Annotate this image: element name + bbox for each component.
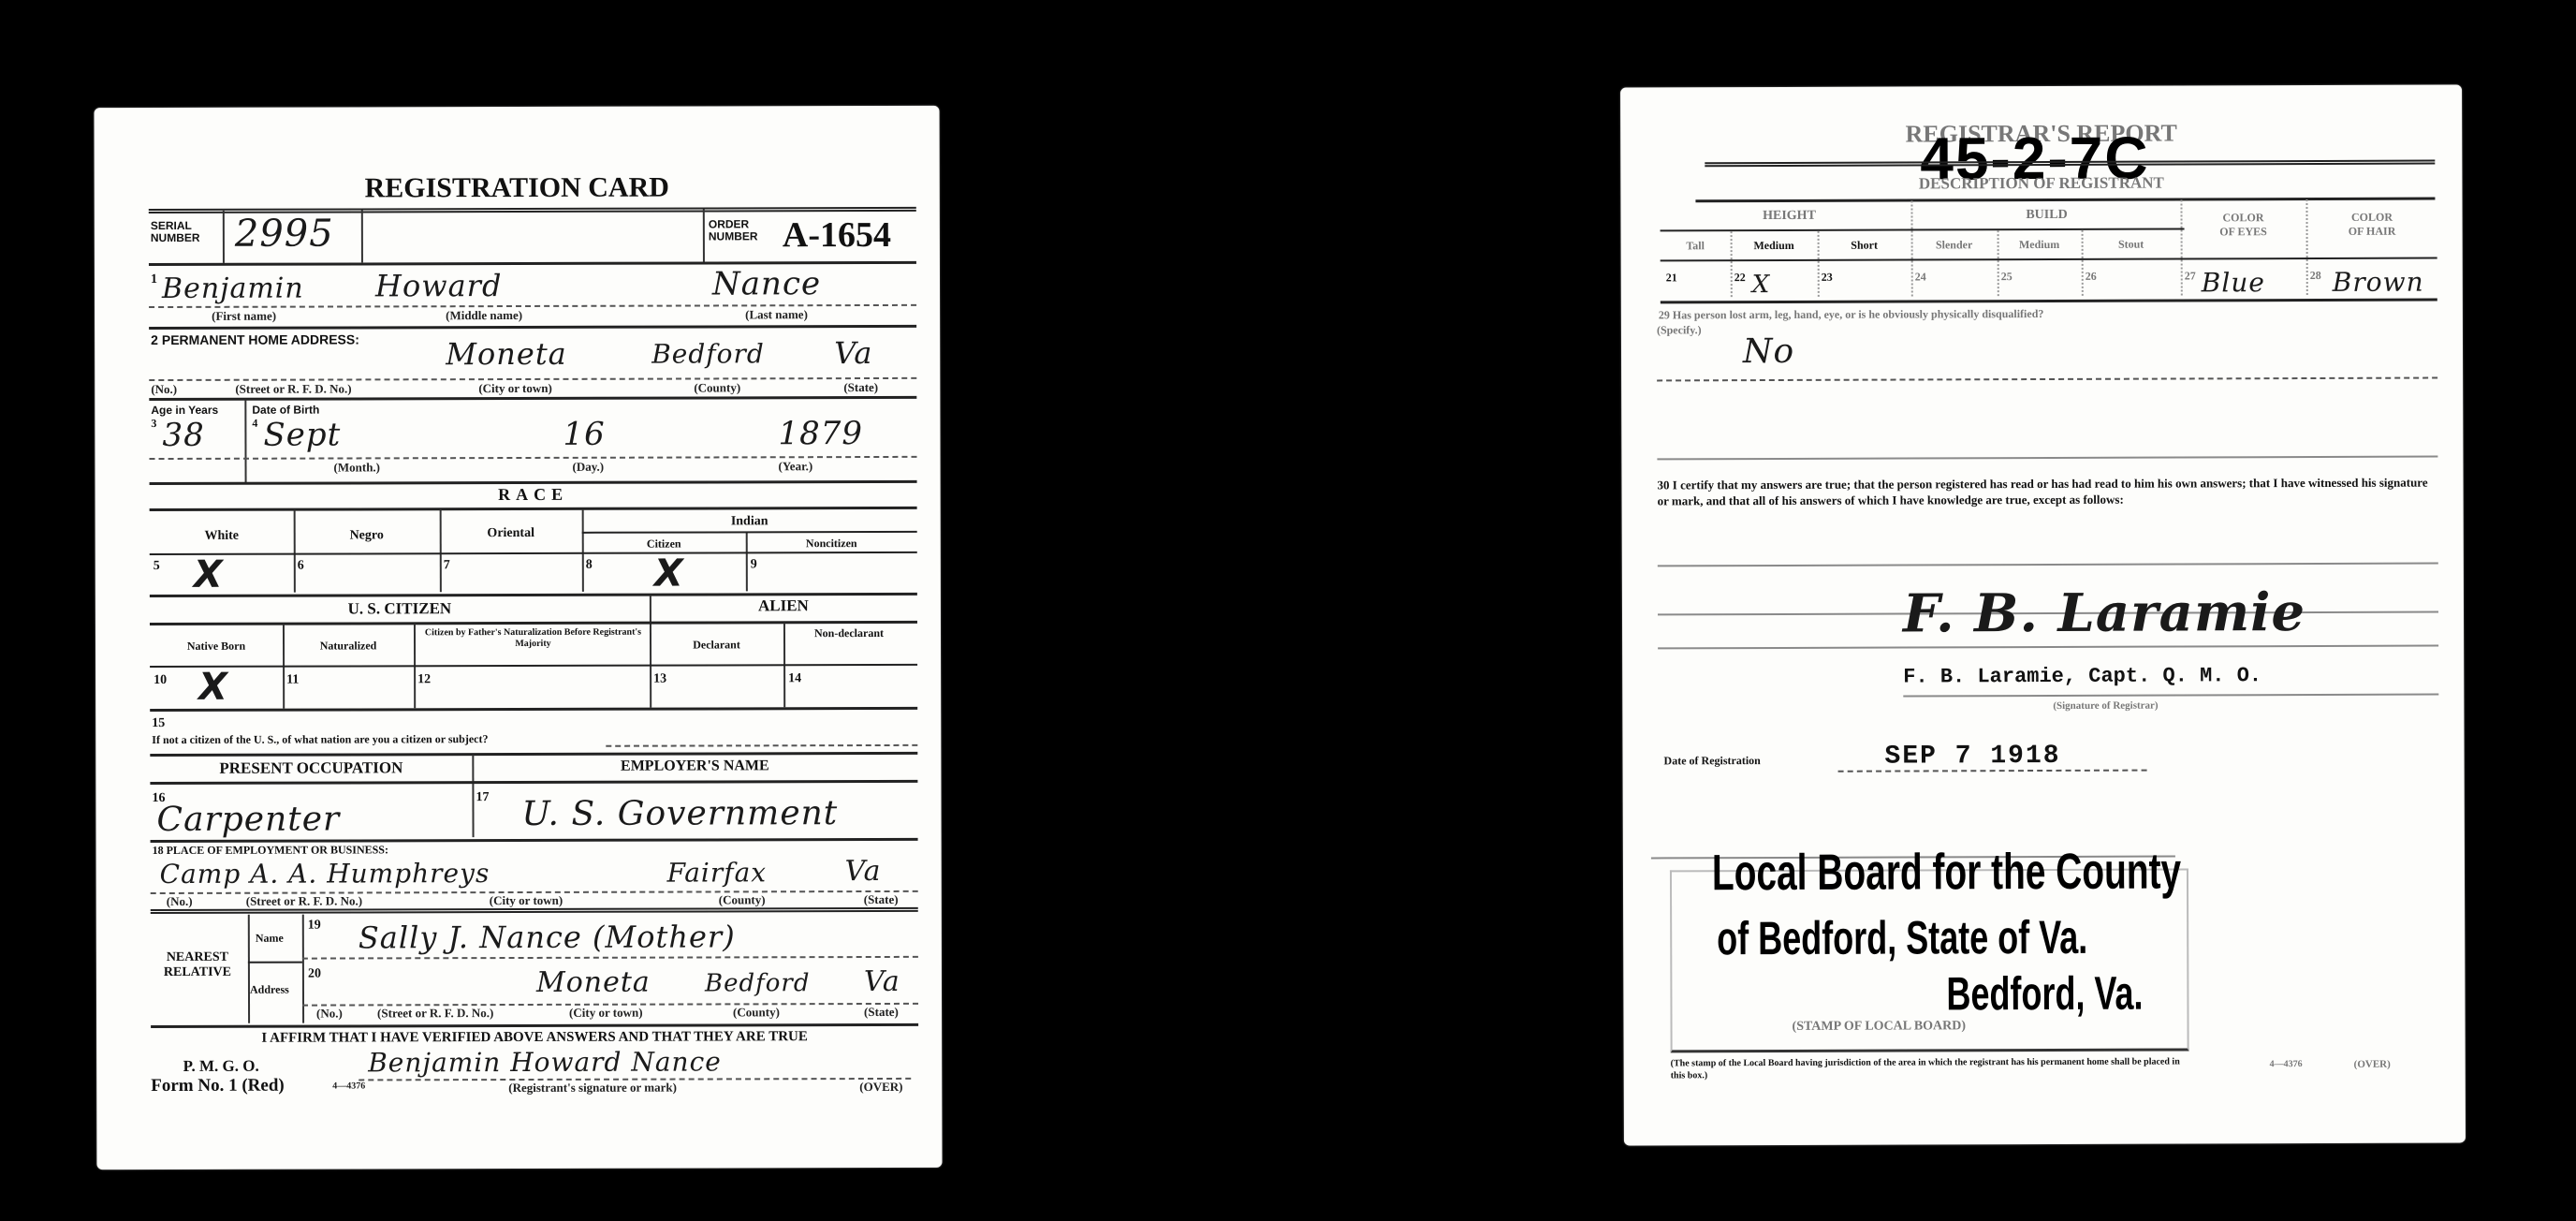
race-indian-noncitizen-label: Noncitizen: [746, 537, 917, 551]
registrar-signature: F. B. Laramie: [1903, 581, 2305, 645]
rule: [149, 325, 916, 330]
relative-state: Va: [864, 965, 900, 998]
relative-city-label: (City or town): [569, 1006, 643, 1021]
field-number: 28: [2310, 269, 2321, 283]
occupation-header: PRESENT OCCUPATION: [150, 758, 472, 778]
last-name-label: (Last name): [745, 307, 808, 322]
build-stout-label: Stout: [2082, 237, 2181, 251]
divider: [440, 509, 442, 592]
signature-label: (Registrant's signature or mark): [508, 1081, 677, 1096]
field-number: 25: [2001, 270, 2012, 284]
rule: [606, 744, 917, 747]
address-street-label: (Street or R. F. D. No.): [235, 381, 351, 396]
print-code: 4—4376: [332, 1081, 365, 1091]
place-no-label: (No.): [167, 894, 193, 909]
serial-label: SERIAL NUMBER: [151, 220, 200, 244]
form-agency: P. M. G. O.: [151, 1057, 291, 1076]
declarant-label: Declarant: [650, 638, 783, 652]
registration-date-label: Date of Registration: [1664, 754, 1761, 768]
occupation-value: Carpenter: [156, 800, 340, 839]
place-of-employment-label: 18 PLACE OF EMPLOYMENT OR BUSINESS:: [153, 843, 388, 858]
rule: [1903, 694, 2438, 698]
place-state: Va: [845, 855, 882, 888]
registration-date: SEP 7 1918: [1884, 742, 2060, 772]
field-number: 15: [152, 716, 165, 731]
divider: [361, 210, 363, 262]
first-name: Benjamin: [162, 272, 304, 305]
rule: [150, 752, 917, 757]
q29-answer: No: [1743, 332, 1794, 371]
board-stamp-line1: Local Board for the County: [1712, 842, 2181, 902]
race-indian-citizen-label: Citizen: [582, 537, 746, 551]
registrant-signature: Benjamin Howard Nance: [368, 1046, 722, 1078]
divider: [2305, 199, 2307, 295]
rule: [150, 780, 917, 785]
eyes-title-line1: COLOR: [2182, 211, 2304, 225]
field-number: 27: [2185, 269, 2196, 283]
order-label-line2: NUMBER: [709, 230, 758, 243]
age-value: 38: [162, 417, 204, 454]
dob-label: Date of Birth: [252, 404, 319, 417]
race-negro-label: Negro: [294, 528, 440, 543]
hair-title-line1: COLOR: [2308, 211, 2435, 225]
field-number: 22: [1734, 271, 1746, 285]
rule: [150, 621, 917, 625]
home-address-label: 2 PERMANENT HOME ADDRESS:: [151, 331, 359, 347]
rule: [150, 507, 917, 511]
dob-day-label: (Day.): [573, 460, 605, 475]
address-no-label: (No.): [151, 382, 177, 397]
place-street-label: (Street or R. F. D. No.): [246, 893, 362, 908]
rule: [1657, 377, 2437, 382]
rule: [150, 552, 917, 555]
place-street: Camp A. A. Humphreys: [160, 858, 490, 890]
address-city-label: (City or town): [478, 381, 552, 396]
field-number: 5: [154, 559, 160, 574]
rule: [151, 907, 918, 914]
race-indian-citizen-mark: X: [654, 552, 684, 596]
race-oriental-label: Oriental: [440, 526, 582, 541]
q29-specify: (Specify.): [1657, 323, 1702, 337]
age-label: Age in Years: [151, 404, 218, 417]
divider: [302, 915, 304, 1023]
place-state-label: (State): [864, 892, 899, 907]
field-number: 7: [444, 558, 450, 573]
registration-card-front: REGISTRATION CARD SERIAL NUMBER 2995 ORD…: [95, 106, 943, 1170]
eyes-title-line2: OF EYES: [2183, 225, 2305, 239]
place-city-label: (City or town): [490, 893, 563, 908]
eye-color-value: Blue: [2202, 267, 2265, 298]
relative-state-label: (State): [864, 1005, 899, 1020]
rule: [150, 707, 917, 712]
home-county: Bedford: [651, 338, 765, 369]
dob-month: Sept: [263, 416, 341, 453]
relative-county: Bedford: [705, 969, 811, 997]
dob-day: 16: [563, 416, 605, 453]
relative-no-label: (No.): [316, 1006, 343, 1021]
divider: [703, 209, 705, 261]
field-number: 6: [298, 559, 304, 574]
relative-address-label: Address: [250, 983, 289, 997]
over-label: (OVER): [859, 1080, 902, 1095]
serial-number: 2995: [235, 213, 334, 256]
non-declarant-label: Non-declarant: [793, 626, 905, 640]
description-subtitle: DESCRIPTION OF REGISTRANT: [1620, 172, 2462, 194]
rule: [582, 531, 917, 534]
registrar-typed-name: F. B. Laramie, Capt. Q. M. O.: [1903, 664, 2261, 688]
divider: [244, 400, 246, 484]
form-number: Form No. 1 (Red): [151, 1076, 285, 1096]
field-number: 20: [308, 967, 321, 982]
hair-title-line2: OF HAIR: [2309, 225, 2436, 239]
field-number: 13: [653, 672, 666, 687]
field-number: 23: [1822, 271, 1833, 285]
divider: [2180, 199, 2182, 295]
serial-label-line2: NUMBER: [151, 232, 200, 244]
registration-card-back: REGISTRAR'S REPORT 45-2-7C DESCRIPTION O…: [1620, 84, 2466, 1145]
height-title: HEIGHT: [1667, 208, 1910, 224]
rule: [1658, 563, 2438, 567]
order-number: A-1654: [783, 214, 891, 256]
rule: [1661, 257, 2437, 262]
rule: [1695, 198, 2435, 203]
relative-name-label: Name: [256, 932, 284, 946]
relative-county-label: (County): [733, 1005, 780, 1020]
field-number: 11: [286, 673, 299, 688]
q15-text: If not a citizen of the U. S., of what n…: [152, 732, 488, 747]
field-number: 19: [308, 919, 321, 934]
rule: [248, 962, 302, 964]
middle-name: Howard: [375, 268, 503, 303]
build-medium-label: Medium: [1998, 238, 2082, 252]
field-number: 8: [586, 558, 593, 573]
relative-name: Sally J. Nance (Mother): [359, 919, 736, 955]
rule: [302, 956, 918, 960]
hair-color-value: Brown: [2333, 267, 2424, 298]
address-county-label: (County): [694, 380, 740, 395]
relative-city: Moneta: [536, 966, 651, 999]
height-medium-label: Medium: [1731, 239, 1818, 253]
stamp-caption: (STAMP OF LOCAL BOARD): [1793, 1019, 1967, 1035]
height-tall-label: Tall: [1661, 239, 1731, 253]
height-short-label: Short: [1818, 238, 1911, 252]
q29-text: 29 Has person lost arm, leg, hand, eye, …: [1659, 307, 2044, 322]
field-number: 14: [788, 671, 801, 686]
place-county: Fairfax: [667, 857, 768, 888]
employer-value: U. S. Government: [521, 794, 838, 833]
place-county-label: (County): [719, 892, 766, 907]
race-white-label: White: [150, 529, 294, 544]
alien-title: ALIEN: [650, 596, 917, 616]
rule: [151, 1023, 918, 1028]
field-number: 4: [252, 417, 257, 431]
first-name-label: (First name): [212, 309, 276, 324]
print-code: 4—4376: [2270, 1059, 2303, 1069]
divider: [294, 510, 296, 593]
build-slender-label: Slender: [1911, 238, 1998, 252]
citizen-by-father-label: Citizen by Father's Naturalization Befor…: [418, 627, 648, 651]
field-number: 9: [751, 557, 757, 572]
race-title: RACE: [150, 484, 917, 506]
order-label: ORDER NUMBER: [709, 218, 758, 243]
dob-year: 1879: [778, 415, 863, 452]
rule: [1657, 456, 2437, 461]
middle-name-label: (Middle name): [446, 308, 522, 323]
build-title: BUILD: [1920, 208, 2173, 224]
field-number: 21: [1666, 271, 1677, 285]
rule: [1838, 770, 2147, 772]
last-name: Nance: [712, 265, 821, 302]
divider: [223, 211, 225, 263]
us-citizen-title: U. S. CITIZEN: [150, 599, 650, 619]
field-number: 24: [1915, 270, 1926, 284]
height-medium-mark: X: [1752, 271, 1771, 299]
q30-text: 30 I certify that my answers are true; t…: [1657, 475, 2437, 509]
board-stamp-line2: of Bedford, State of Va.: [1717, 910, 2087, 965]
board-stamp-line3: Bedford, Va.: [1946, 966, 2143, 1022]
divider: [248, 915, 250, 1023]
dob-month-label: (Month.): [334, 460, 381, 475]
stamp-footnote: (The stamp of the Local Board having jur…: [1671, 1055, 2195, 1081]
dob-year-label: (Year.): [779, 459, 813, 474]
field-number: 12: [417, 672, 431, 687]
over-label: (OVER): [2354, 1059, 2391, 1070]
employer-header: EMPLOYER'S NAME: [472, 758, 917, 775]
field-number: 1: [151, 272, 157, 287]
rule: [1658, 645, 2438, 650]
rule: [150, 664, 917, 668]
race-white-mark: X: [194, 553, 224, 596]
registrar-signature-label: (Signature of Registrar): [2053, 700, 2158, 712]
nearest-relative-label: NEAREST RELATIVE: [151, 950, 244, 980]
address-state-label: (State): [843, 380, 878, 395]
field-number: 26: [2086, 270, 2097, 284]
eyes-title: COLOR OF EYES: [2182, 211, 2304, 239]
field-number: 17: [476, 790, 489, 805]
hair-title: COLOR OF HAIR: [2308, 211, 2435, 239]
field-number: 3: [151, 417, 156, 431]
rule: [1661, 228, 2185, 231]
home-city: Moneta: [446, 336, 567, 372]
naturalized-label: Naturalized: [283, 639, 414, 653]
field-number: 10: [154, 673, 167, 688]
race-indian-label: Indian: [582, 514, 917, 530]
native-born-label: Native Born: [150, 640, 283, 654]
home-state: Va: [834, 335, 872, 371]
relative-street-label: (Street or R. F. D. No.): [377, 1006, 493, 1021]
affirmation-text: I AFFIRM THAT I HAVE VERIFIED ABOVE ANSW…: [151, 1029, 918, 1047]
native-born-mark: X: [198, 666, 228, 709]
rule: [1661, 299, 2437, 304]
card-title: REGISTRATION CARD: [95, 171, 940, 205]
